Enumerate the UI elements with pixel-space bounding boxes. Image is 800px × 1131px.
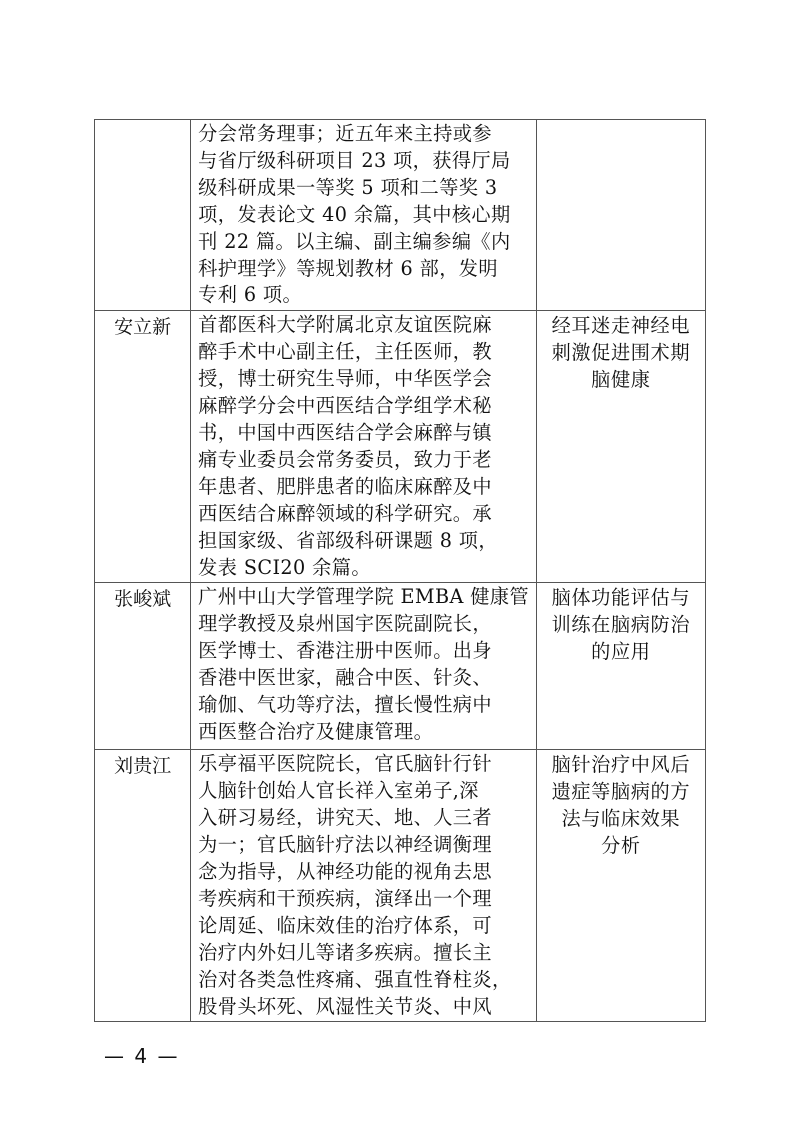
bio-line: 刊 22 篇。以主编、副主编参编《内 (198, 229, 532, 256)
bio-line: 专利 6 项。 (198, 282, 532, 309)
topic-line: 遗症等脑病的方 (543, 778, 699, 805)
bio-line: 乐亭福平医院院长，官氏脑针行针 (198, 751, 532, 778)
bio-line: 理学教授及泉州国宇医院副院长， (198, 611, 532, 638)
bio-line: 授，博士研究生导师，中华医学会 (198, 366, 532, 393)
bio-line: 为一；官氏脑针疗法以神经调衡理 (198, 832, 532, 859)
bio-line: 担国家级、省部级科研课题 8 项， (198, 528, 532, 555)
bio-line: 入研习易经，讲究天、地、人三者 (198, 805, 532, 832)
expert-name-cell (95, 120, 191, 311)
bio-line: 麻醉学分会中西医结合学组学术秘 (198, 393, 532, 420)
bio-line: 人脑针创始人官长祥入室弟子,深 (198, 778, 532, 805)
table-row: 张峻斌 广州中山大学管理学院 EMBA 健康管 理学教授及泉州国宇医院副院长， … (95, 583, 706, 750)
bio-line: 书，中国中西医结合学会麻醉与镇 (198, 420, 532, 447)
lecture-topic-cell (536, 120, 705, 311)
bio-line: 股骨头坏死、风湿性关节炎、中风 (198, 994, 532, 1021)
expert-bio-cell: 首都医科大学附属北京友谊医院麻 醉手术中心副主任，主任医师，教 授，博士研究生导… (191, 311, 537, 583)
topic-line: 训练在脑病防治 (543, 611, 699, 638)
experts-table: 分会常务理事；近五年来主持或参 与省厅级科研项目 23 项，获得厅局 级科研成果… (94, 119, 706, 1022)
bio-line: 瑜伽、气功等疗法，擅长慢性病中 (198, 692, 532, 719)
bio-line: 广州中山大学管理学院 EMBA 健康管 (198, 584, 532, 611)
table-row: 安立新 首都医科大学附属北京友谊医院麻 醉手术中心副主任，主任医师，教 授，博士… (95, 311, 706, 583)
bio-line: 分会常务理事；近五年来主持或参 (198, 121, 532, 148)
bio-line: 论周延、临床效佳的治疗体系，可 (198, 913, 532, 940)
table-row: 分会常务理事；近五年来主持或参 与省厅级科研项目 23 项，获得厅局 级科研成果… (95, 120, 706, 311)
topic-line: 脑健康 (543, 366, 699, 393)
lecture-topic-cell: 经耳迷走神经电 刺激促进围术期 脑健康 (536, 311, 705, 583)
topic-line: 刺激促进围术期 (543, 339, 699, 366)
bio-line: 科护理学》等规划教材 6 部，发明 (198, 256, 532, 283)
lecture-topic-cell: 脑针治疗中风后 遗症等脑病的方 法与临床效果 分析 (536, 750, 705, 1022)
topic-line: 脑体功能评估与 (543, 584, 699, 611)
topic-line: 法与临床效果 (543, 805, 699, 832)
topic-line: 的应用 (543, 638, 699, 665)
bio-line: 治对各类急性疼痛、强直性脊柱炎， (198, 967, 532, 994)
bio-line: 考疾病和干预疾病，演绎出一个理 (198, 886, 532, 913)
bio-line: 与省厅级科研项目 23 项，获得厅局 (198, 148, 532, 175)
bio-line: 念为指导，从神经功能的视角去思 (198, 859, 532, 886)
expert-bio-cell: 广州中山大学管理学院 EMBA 健康管 理学教授及泉州国宇医院副院长， 医学博士… (191, 583, 537, 750)
lecture-topic-cell: 脑体功能评估与 训练在脑病防治 的应用 (536, 583, 705, 750)
bio-line: 西医整合治疗及健康管理。 (198, 719, 532, 746)
bio-line: 治疗内外妇儿等诸多疾病。擅长主 (198, 940, 532, 967)
bio-line: 痛专业委员会常务委员，致力于老 (198, 447, 532, 474)
expert-bio-cell: 乐亭福平医院院长，官氏脑针行针 人脑针创始人官长祥入室弟子,深 入研习易经，讲究… (191, 750, 537, 1022)
bio-line: 医学博士、香港注册中医师。出身 (198, 638, 532, 665)
topic-line: 分析 (543, 832, 699, 859)
expert-name-cell: 安立新 (95, 311, 191, 583)
expert-name-cell: 刘贵江 (95, 750, 191, 1022)
topic-line: 经耳迷走神经电 (543, 312, 699, 339)
expert-name-cell: 张峻斌 (95, 583, 191, 750)
bio-line: 醉手术中心副主任，主任医师，教 (198, 339, 532, 366)
bio-line: 年患者、肥胖患者的临床麻醉及中 (198, 474, 532, 501)
bio-line: 西医结合麻醉领域的科学研究。承 (198, 501, 532, 528)
bio-line: 发表 SCI20 余篇。 (198, 555, 532, 582)
expert-bio-cell: 分会常务理事；近五年来主持或参 与省厅级科研项目 23 项，获得厅局 级科研成果… (191, 120, 537, 311)
bio-line: 级科研成果一等奖 5 项和二等奖 3 (198, 175, 532, 202)
table-row: 刘贵江 乐亭福平医院院长，官氏脑针行针 人脑针创始人官长祥入室弟子,深 入研习易… (95, 750, 706, 1022)
bio-line: 首都医科大学附属北京友谊医院麻 (198, 312, 532, 339)
bio-line: 项，发表论文 40 余篇，其中核心期 (198, 202, 532, 229)
bio-line: 香港中医世家，融合中医、针灸、 (198, 665, 532, 692)
topic-line: 脑针治疗中风后 (543, 751, 699, 778)
page-number: — 4 — (104, 1044, 179, 1068)
